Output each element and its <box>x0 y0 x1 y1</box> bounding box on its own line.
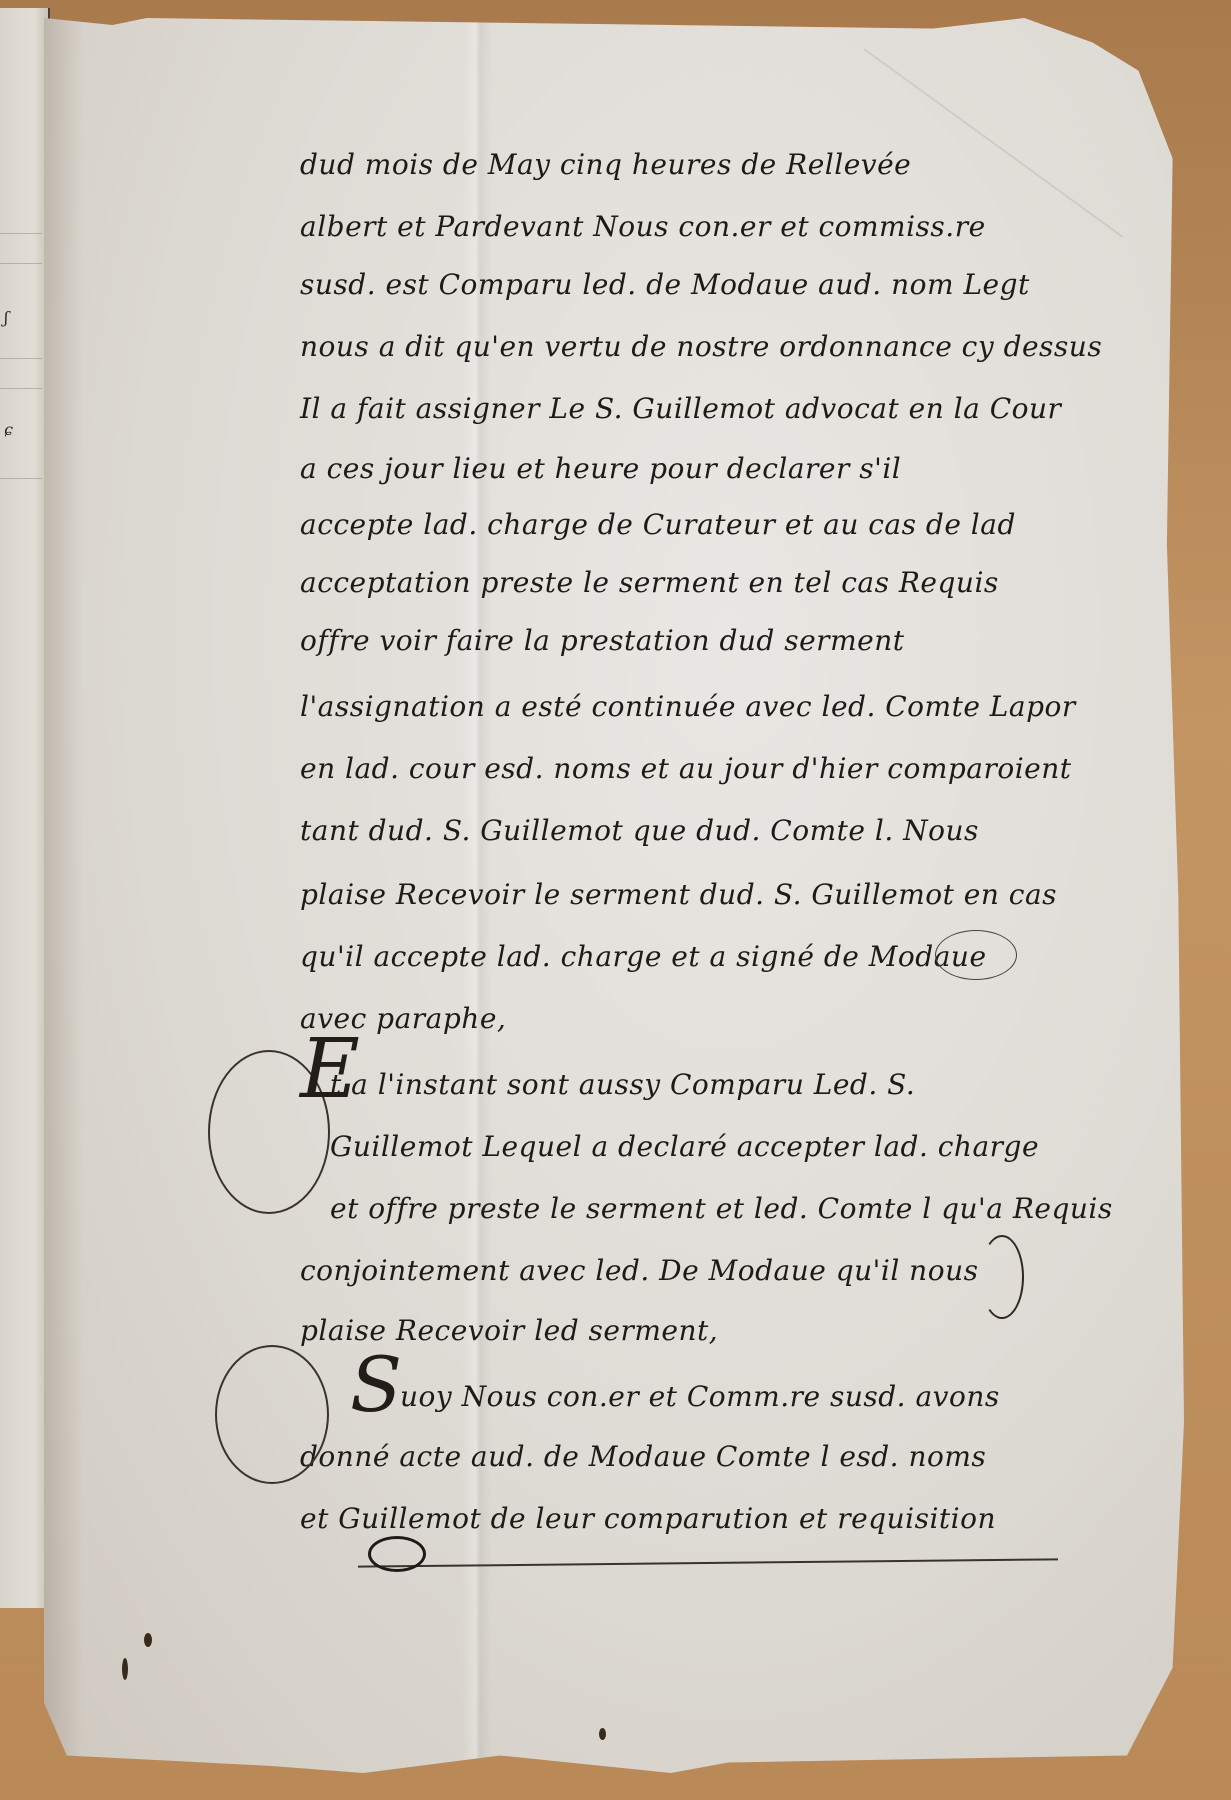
manuscript-line: en lad. cour esd. noms et au jour d'hier… <box>300 752 1072 785</box>
handwritten-text: dud mois de May cinq heures de Rellevéea… <box>0 0 1231 1800</box>
manuscript-line: tant dud. S. Guillemot que dud. Comte l.… <box>300 814 979 847</box>
margin-flourish <box>980 1235 1024 1319</box>
paraph-mark-icon <box>368 1536 426 1572</box>
drop-capital-s: S <box>350 1340 402 1429</box>
manuscript-line: uoy Nous con.er et Comm.re susd. avons <box>400 1380 1000 1413</box>
manuscript-line: a ces jour lieu et heure pour declarer s… <box>300 452 901 485</box>
drop-capital-e: E <box>300 1022 360 1117</box>
drop-cap-flourish <box>215 1345 329 1484</box>
manuscript-line: t a l'instant sont aussy Comparu Led. S. <box>330 1068 915 1101</box>
manuscript-line: conjointement avec led. De Modaue qu'il … <box>300 1254 978 1287</box>
manuscript-line: et offre preste le serment et led. Comte… <box>330 1192 1113 1225</box>
manuscript-line: donné acte aud. de Modaue Comte l esd. n… <box>300 1440 986 1473</box>
manuscript-line: dud mois de May cinq heures de Rellevée <box>300 148 911 181</box>
manuscript-line: qu'il accepte lad. charge et a signé de … <box>300 940 987 973</box>
manuscript-line: l'assignation a esté continuée avec led.… <box>300 690 1076 723</box>
manuscript-line: Il a fait assigner Le S. Guillemot advoc… <box>300 392 1061 425</box>
manuscript-line: Guillemot Lequel a declaré accepter lad.… <box>330 1130 1039 1163</box>
manuscript-line: albert et Pardevant Nous con.er et commi… <box>300 210 986 243</box>
manuscript-line: plaise Recevoir le serment dud. S. Guill… <box>300 878 1057 911</box>
manuscript-line: susd. est Comparu led. de Modaue aud. no… <box>300 268 1030 301</box>
manuscript-line: acceptation preste le serment en tel cas… <box>300 566 999 599</box>
paraph-flourish <box>935 930 1017 980</box>
manuscript-line: nous a dit qu'en vertu de nostre ordonna… <box>300 330 1102 363</box>
manuscript-line: offre voir faire la prestation dud serme… <box>300 624 904 657</box>
manuscript-line: accepte lad. charge de Curateur et au ca… <box>300 508 1016 541</box>
manuscript-line: et Guillemot de leur comparution et requ… <box>300 1502 996 1535</box>
